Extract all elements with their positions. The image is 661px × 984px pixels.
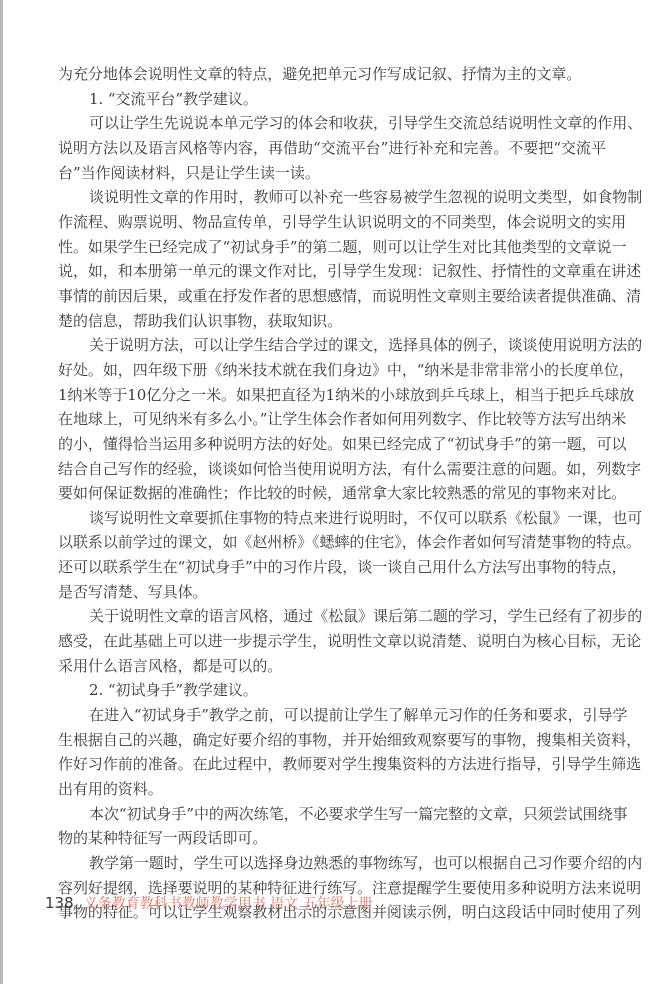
text-line: 物的某种特征写一两段话即可。 (58, 826, 606, 851)
text-line: 谈说明性文章的作用时，教师可以补充一些容易被学生忽视的说明文类型，如食物制 (58, 185, 606, 210)
page-footer: 138 义务教育教科书教师教学用书 语文 五年级上册 (45, 892, 373, 914)
text-line: 的小，懂得恰当运用多种说明方法的好处。如果已经完成了“初试身手”的第一题，可以 (58, 432, 606, 457)
text-line: 2. “初试身手”教学建议。 (58, 678, 606, 703)
text-line: 本次“初试身手”中的两次练笔，不必要求学生写一篇完整的文章，只须尝试围绕事 (58, 802, 606, 827)
book-title: 义务教育教科书教师教学用书 语文 五年级上册 (84, 896, 373, 912)
text-line: 性。如果学生已经完成了“初试身手”的第二题，则可以让学生对比其他类型的文章说一 (58, 235, 606, 260)
text-line: 说，如，和本册第一单元的课文作对比，引导学生发现：记叙性、抒情性的文章重在讲述 (58, 259, 606, 284)
text-line: 1纳米等于10亿分之一米。如果把直径为1纳米的小球放到乒乓球上，相当于把乒乓球放 (58, 383, 606, 408)
text-line: 以联系以前学过的课文，如《赵州桥》《蟋蟀的住宅》，体会作者如何写清楚事物的特点。 (58, 530, 606, 555)
text-line: 还可以联系学生在“初试身手”中的习作片段，谈一谈自己用什么方法写出事物的特点， (58, 555, 606, 580)
text-line: 在进入“初试身手”教学之前，可以提前让学生了解单元习作的任务和要求，引导学 (58, 703, 606, 728)
text-line: 关于说明性文章的语言风格，通过《松鼠》课后第二题的学习，学生已经有了初步的 (58, 604, 606, 629)
text-line: 1. “交流平台”教学建议。 (58, 87, 606, 112)
page-edge-shadow (0, 0, 3, 984)
page-body: 为充分地体会说明性文章的特点，避免把单元习作写成记叙、抒情为主的文章。1. “交… (58, 62, 606, 925)
text-line: 生根据自己的兴趣，确定好要介绍的事物，并开始细致观察要写的事物，搜集相关资料， (58, 728, 606, 753)
text-line: 采用什么语言风格，都是可以的。 (58, 654, 606, 679)
text-line: 作好习作前的准备。在此过程中，教师要对学生搜集资料的方法进行指导，引导学生筛选 (58, 752, 606, 777)
text-line: 谈写说明性文章要抓住事物的特点来进行说明时，不仅可以联系《松鼠》一课，也可 (58, 506, 606, 531)
text-line: 要如何保证数据的准确性；作比较的时候，通常拿大家比较熟悉的常见的事物来对比。 (58, 481, 606, 506)
text-line: 关于说明方法，可以让学生结合学过的课文，选择具体的例子，谈谈使用说明方法的 (58, 333, 606, 358)
text-line: 好处。如，四年级下册《纳米技术就在我们身边》中，“纳米是非常非常小的长度单位， (58, 358, 606, 383)
text-line: 在地球上，可见纳米有多么小。”让学生体会作者如何用列数字、作比较等方法写出纳米 (58, 407, 606, 432)
text-line: 出有用的资料。 (58, 777, 606, 802)
page-number: 138 (45, 894, 74, 912)
text-line: 楚的信息，帮助我们认识事物，获取知识。 (58, 309, 606, 334)
text-line: 结合自己写作的经验，谈谈如何恰当使用说明方法，有什么需要注意的问题。如，列数字 (58, 457, 606, 482)
text-line: 为充分地体会说明性文章的特点，避免把单元习作写成记叙、抒情为主的文章。 (58, 62, 606, 87)
text-line: 说明方法以及语言风格等内容，再借助“交流平台”进行补充和完善。不要把“交流平 (58, 136, 606, 161)
text-line: 可以让学生先说说本单元学习的体会和收获，引导学生交流总结说明性文章的作用、 (58, 111, 606, 136)
text-line: 教学第一题时，学生可以选择身边熟悉的事物练写，也可以根据自己习作要介绍的内 (58, 851, 606, 876)
text-line: 作流程、购票说明、物品宣传单，引导学生认识说明文的不同类型，体会说明文的实用 (58, 210, 606, 235)
text-line: 事情的前因后果，或重在抒发作者的思想感情，而说明性文章则主要给读者提供准确、清 (58, 284, 606, 309)
text-line: 台”当作阅读材料，只是让学生读一读。 (58, 161, 606, 186)
text-line: 是否写清楚、写具体。 (58, 580, 606, 605)
text-line: 感受，在此基础上可以进一步提示学生，说明性文章以说清楚、说明白为核心目标，无论 (58, 629, 606, 654)
